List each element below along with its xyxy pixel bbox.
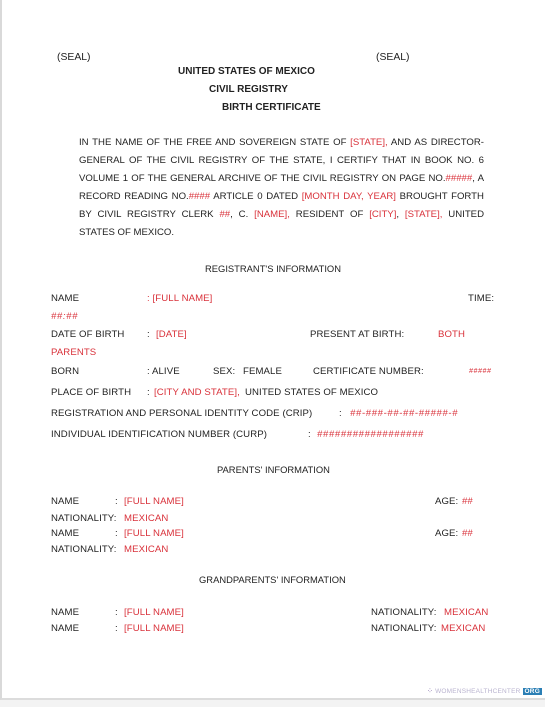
parent-age-label: AGE: xyxy=(435,528,458,539)
place-of-birth-colon: : xyxy=(147,387,150,398)
state-placeholder: [STATE], xyxy=(350,137,388,148)
city-placeholder: [CITY] xyxy=(369,209,396,220)
grandparent-name-value: [FULL NAME] xyxy=(124,607,184,618)
parent-name-colon: : xyxy=(115,496,118,507)
born-label: BORN xyxy=(51,366,79,377)
time-label: TIME: xyxy=(468,293,494,304)
parent-name-colon: : xyxy=(115,528,118,539)
certification-paragraph: IN THE NAME OF THE FREE AND SOVEREIGN ST… xyxy=(79,134,484,242)
intro-text: , C. xyxy=(230,209,254,220)
document-title: BIRTH CERTIFICATE xyxy=(222,102,321,113)
place-of-birth-country: UNITED STATES OF MEXICO xyxy=(245,387,378,398)
document-page: (SEAL) (SEAL) UNITED STATES OF MEXICO CI… xyxy=(0,0,545,700)
watermark: ⁘ WOMENSHEALTHCENTER ORG xyxy=(427,686,542,696)
seal-right: (SEAL) xyxy=(376,52,410,63)
dob-label: DATE OF BIRTH xyxy=(51,329,124,340)
state-placeholder: [STATE], xyxy=(405,209,443,220)
grandparents-section-title: GRANDPARENTS' INFORMATION xyxy=(199,574,346,585)
parent-age-label: AGE: xyxy=(435,496,458,507)
name-placeholder: [NAME], xyxy=(254,209,290,220)
intro-text: , xyxy=(396,209,405,220)
dob-value: [DATE] xyxy=(156,329,187,340)
parent-nationality-label: NATIONALITY: xyxy=(51,513,117,524)
page-number-placeholder: ##### xyxy=(446,173,473,184)
parent-age-value: ## xyxy=(462,496,473,507)
present-at-birth-label: PRESENT AT BIRTH: xyxy=(310,329,404,340)
parents-section-title: PARENTS' INFORMATION xyxy=(217,464,330,475)
title-registry: CIVIL REGISTRY xyxy=(209,84,288,95)
present-at-birth-value: BOTH xyxy=(438,329,465,340)
title-country: UNITED STATES OF MEXICO xyxy=(178,66,315,77)
parent-name-label: NAME xyxy=(51,496,79,507)
parent-nationality-value: MEXICAN xyxy=(124,513,168,524)
present-at-birth-value-cont: PARENTS xyxy=(51,347,96,358)
place-of-birth-value: [CITY AND STATE], xyxy=(154,387,240,398)
grandparent-name-colon: : xyxy=(115,623,118,634)
registrant-name-value: : [FULL NAME] xyxy=(147,293,212,304)
clerk-placeholder: ## xyxy=(219,209,230,220)
grandparent-name-label: NAME xyxy=(51,623,79,634)
place-of-birth-label: PLACE OF BIRTH xyxy=(51,387,131,398)
parent-name-value: [FULL NAME] xyxy=(124,528,184,539)
crip-value: ##-###-##-##-#####-# xyxy=(350,408,458,419)
intro-text: RESIDENT OF xyxy=(290,209,369,220)
crip-label: REGISTRATION AND PERSONAL IDENTITY CODE … xyxy=(51,408,312,419)
grandparent-nationality-value: MEXICAN xyxy=(441,623,485,634)
time-value: ##:## xyxy=(51,311,78,322)
grandparent-name-colon: : xyxy=(115,607,118,618)
grandparent-nationality-value: MEXICAN xyxy=(444,607,488,618)
sex-value: FEMALE xyxy=(243,366,282,377)
grandparent-name-label: NAME xyxy=(51,607,79,618)
born-value: : ALIVE xyxy=(147,366,180,377)
watermark-org-badge: ORG xyxy=(523,688,542,695)
date-placeholder: [MONTH DAY, YEAR] xyxy=(302,191,396,202)
intro-text: IN THE NAME OF THE FREE AND SOVEREIGN ST… xyxy=(79,137,350,148)
watermark-text: WOMENSHEALTHCENTER xyxy=(435,688,520,695)
sex-label: SEX: xyxy=(213,366,235,377)
parent-nationality-value: MEXICAN xyxy=(124,544,168,555)
crip-colon: : xyxy=(339,408,342,419)
curp-value: ################## xyxy=(317,429,424,440)
curp-colon: : xyxy=(308,429,311,440)
parent-name-label: NAME xyxy=(51,528,79,539)
certificate-number-label: CERTIFICATE NUMBER: xyxy=(313,366,424,377)
certificate-number-value: ##### xyxy=(469,368,491,375)
grandparent-nationality-label: NATIONALITY: xyxy=(371,607,437,618)
registrant-section-title: REGISTRANT'S INFORMATION xyxy=(205,263,341,274)
grandparent-name-value: [FULL NAME] xyxy=(124,623,184,634)
dob-colon: : xyxy=(147,329,150,340)
seal-left: (SEAL) xyxy=(57,52,91,63)
registrant-name-label: NAME xyxy=(51,293,79,304)
intro-text: ARTICLE 0 DATED xyxy=(210,191,302,202)
sparkle-dots-icon: ⁘ xyxy=(427,687,433,695)
curp-label: INDIVIDUAL IDENTIFICATION NUMBER (CURP) xyxy=(51,429,267,440)
grandparent-nationality-label: NATIONALITY: xyxy=(371,623,437,634)
parent-nationality-label: NATIONALITY: xyxy=(51,544,117,555)
record-number-placeholder: #### xyxy=(189,191,210,202)
parent-name-value: [FULL NAME] xyxy=(124,496,184,507)
parent-age-value: ## xyxy=(462,528,473,539)
